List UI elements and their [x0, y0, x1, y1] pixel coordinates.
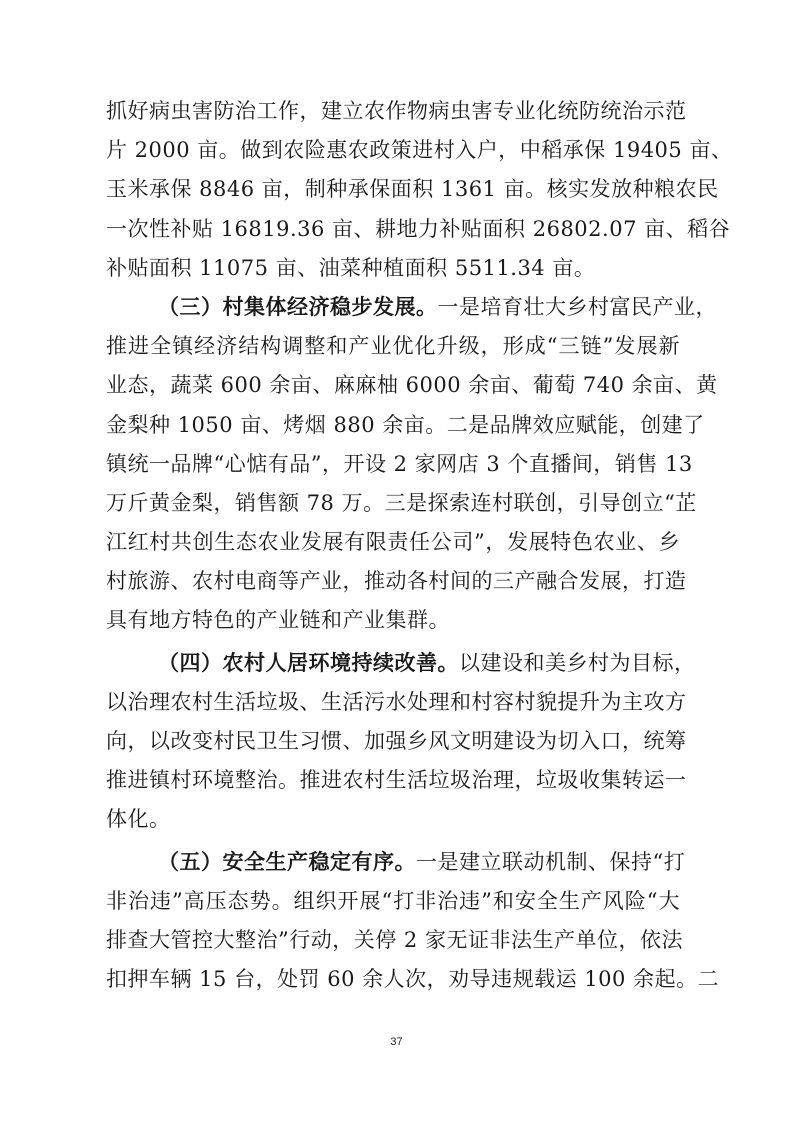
text-line: 万斤黄金梨，销售额 78 万。三是探索连村联创，引导创立“芷 — [106, 484, 680, 523]
text-line: 扣押车辆 15 台，处罚 60 余人次，劝导违规载运 100 余起。二 — [106, 960, 680, 999]
text-line: 非治违”高压态势。组织开展“打非治违”和安全生产风险“大 — [106, 882, 680, 921]
document-page-body: 抓好病虫害防治工作，建立农作物病虫害专业化统防统治示范 片 2000 亩。做到农… — [106, 92, 680, 999]
text-line: 村旅游、农村电商等产业，推动各村间的三产融合发展，打造 — [106, 562, 680, 601]
paragraph-section-4: （四）农村人居环境持续改善。以建设和美乡村为目标， 以治理农村生活垃圾、生活污水… — [106, 644, 680, 840]
section-text: 以建设和美乡村为目标， — [459, 651, 696, 675]
text-line: 排查大管控大整治”行动，关停 2 家无证非法生产单位，依法 — [106, 921, 680, 960]
paragraph-crop-protection: 抓好病虫害防治工作，建立农作物病虫害专业化统防统治示范 片 2000 亩。做到农… — [106, 92, 680, 288]
section-first-line: （三）村集体经济稳步发展。一是培育壮大乡村富民产业， — [106, 288, 680, 327]
text-line: 体化。 — [106, 800, 680, 839]
text-line: 以治理农村生活垃圾、生活污水处理和村容村貌提升为主攻方 — [106, 683, 680, 722]
text-line: 向，以改变村民卫生习惯、加强乡风文明建设为切入口，统筹 — [106, 722, 680, 761]
text-line: 金梨种 1050 亩、烤烟 880 余亩。二是品牌效应赋能，创建了 — [106, 406, 680, 445]
text-line: 江红村共创生态农业发展有限责任公司”，发展特色农业、乡 — [106, 523, 680, 562]
text-line: 玉米承保 8846 亩，制种承保面积 1361 亩。核实发放种粮农民 — [106, 170, 680, 209]
text-line: 片 2000 亩。做到农险惠农政策进村入户，中稻承保 19405 亩、 — [106, 131, 680, 170]
text-line: 一次性补贴 16819.36 亩、耕地力补贴面积 26802.07 亩、稻谷 — [106, 210, 680, 249]
text-line: 抓好病虫害防治工作，建立农作物病虫害专业化统防统治示范 — [106, 92, 680, 131]
text-line: 补贴面积 11075 亩、油菜种植面积 5511.34 亩。 — [106, 249, 680, 288]
text-line: 业态，蔬菜 600 余亩、麻麻柚 6000 余亩、葡萄 740 余亩、黄 — [106, 366, 680, 405]
section-heading: （五）安全生产稳定有序。 — [158, 850, 416, 874]
section-first-line: （四）农村人居环境持续改善。以建设和美乡村为目标， — [106, 644, 680, 683]
text-line: 镇统一品牌“心惦有品”，开设 2 家网店 3 个直播间，销售 13 — [106, 445, 680, 484]
paragraph-section-5: （五）安全生产稳定有序。一是建立联动机制、保持“打 非治违”高压态势。组织开展“… — [106, 843, 680, 1000]
text-line: 推进全镇经济结构调整和产业优化升级，形成“三链”发展新 — [106, 327, 680, 366]
section-heading: （三）村集体经济稳步发展。 — [158, 295, 438, 319]
text-line: 推进镇村环境整治。推进农村生活垃圾治理，垃圾收集转运一 — [106, 761, 680, 800]
page-number: 37 — [0, 1036, 793, 1048]
section-text: 一是培育壮大乡村富民产业， — [438, 295, 718, 319]
section-first-line: （五）安全生产稳定有序。一是建立联动机制、保持“打 — [106, 843, 680, 882]
paragraph-section-3: （三）村集体经济稳步发展。一是培育壮大乡村富民产业， 推进全镇经济结构调整和产业… — [106, 288, 680, 641]
section-text: 一是建立联动机制、保持“打 — [416, 850, 685, 874]
text-line: 具有地方特色的产业链和产业集群。 — [106, 601, 680, 640]
section-heading: （四）农村人居环境持续改善。 — [158, 651, 459, 675]
